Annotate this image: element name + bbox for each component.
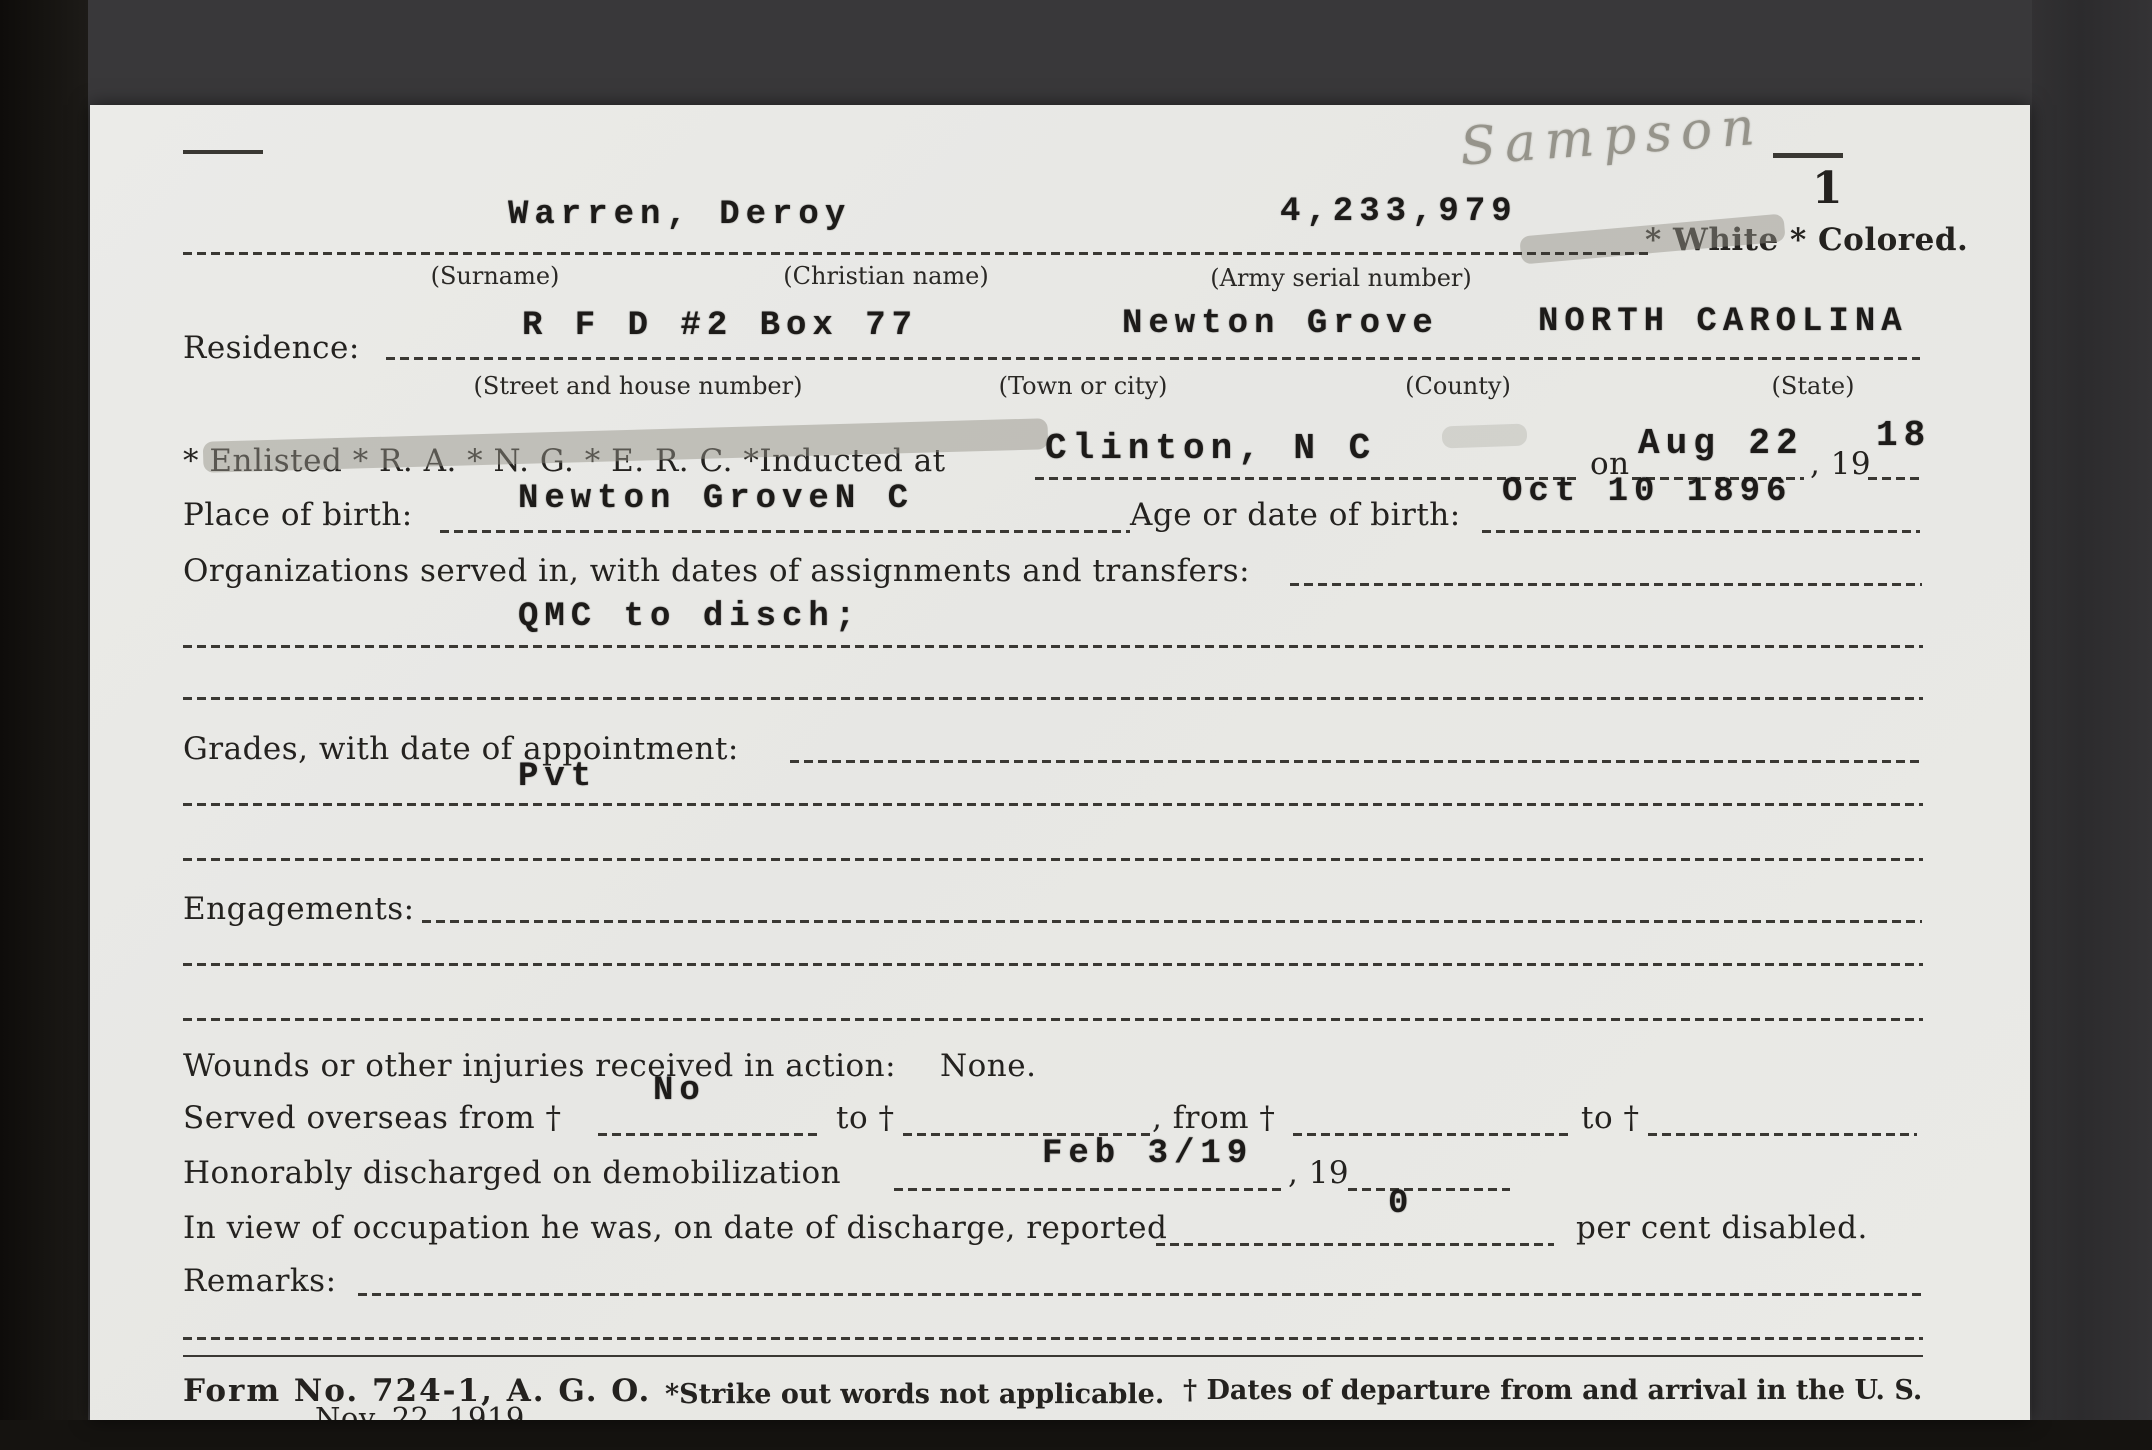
state-label: (State): [1772, 372, 1855, 400]
solid-rule-footer: [183, 1355, 1923, 1357]
engagements-label: Engagements:: [183, 891, 415, 927]
residence-label: Residence:: [183, 330, 360, 366]
dashed-rule-engagements: [422, 920, 1922, 923]
top-left-tick-mark: [183, 150, 263, 154]
disability-suffix: per cent disabled.: [1576, 1210, 1868, 1246]
organizations-value: QMC to disch;: [518, 598, 861, 636]
street-label: (Street and house number): [474, 372, 803, 400]
induction-date-value: Aug 22: [1638, 423, 1804, 464]
dashed-rule-full-6: [183, 1018, 1923, 1021]
wounds-value: None.: [940, 1048, 1036, 1084]
name-value: Warren, Deroy: [508, 196, 851, 234]
discharge-date-value: Feb 3/19: [1042, 1135, 1253, 1173]
dashed-rule-grades: [790, 760, 1922, 763]
serial-number-label: (Army serial number): [1210, 264, 1471, 292]
dashed-rule-full-5: [183, 963, 1923, 966]
dashed-rule-birth-place: [440, 530, 1130, 533]
disability-label: In view of occupation he was, on date of…: [183, 1210, 1167, 1246]
dashed-rule-residence: [386, 357, 1920, 360]
residence-town-value: Newton Grove: [1122, 305, 1439, 343]
dashed-rule-overseas-1: [598, 1133, 821, 1136]
page-number: 1: [1812, 163, 1843, 214]
dashed-rule-overseas-4: [1648, 1133, 1917, 1136]
grades-label: Grades, with date of appointment:: [183, 731, 739, 767]
scanner-background-right: [2032, 0, 2152, 1450]
overseas-from2-label: , from †: [1152, 1100, 1275, 1136]
dashed-rule-full-4: [183, 858, 1923, 861]
overseas-from-value: No: [653, 1072, 706, 1110]
birth-place-value: Newton GroveN C: [518, 480, 914, 518]
dashed-rule-induction-year: [1868, 477, 1924, 480]
birth-date-value: Oct 10 1896: [1502, 473, 1792, 511]
discharge-label: Honorably discharged on demobilization: [183, 1155, 841, 1191]
disability-value: 0: [1388, 1185, 1414, 1223]
organizations-label: Organizations served in, with dates of a…: [183, 553, 1250, 589]
induction-place-value: Clinton, N C: [1045, 428, 1376, 469]
serial-number-value: 4,233,979: [1280, 193, 1518, 231]
grades-value: Pvt: [518, 758, 597, 796]
birth-age-label: Age or date of birth:: [1130, 497, 1461, 533]
dashed-rule-remarks: [358, 1293, 1922, 1296]
pencil-dash-mark: [1773, 153, 1843, 158]
dashed-rule-full-1: [183, 645, 1923, 648]
dashed-rule-full-2: [183, 697, 1923, 700]
town-label: (Town or city): [999, 372, 1168, 400]
scanner-background-bottom: [0, 1420, 2152, 1450]
county-handwritten-note: Sampson: [1458, 105, 1765, 178]
dashed-rule-overseas-3: [1293, 1133, 1570, 1136]
pencil-smudge-place: [1442, 424, 1528, 449]
form-date: Nov. 22, 1919: [315, 1401, 525, 1420]
dashed-rule-full-3: [183, 803, 1923, 806]
service-record-card: Sampson 1 Warren, Deroy 4,233,979 * Whit…: [90, 105, 2030, 1420]
strike-out-note: *Strike out words not applicable.: [665, 1379, 1164, 1410]
dagger-note: † Dates of departure from and arrival in…: [1183, 1375, 1922, 1406]
dashed-rule-discharge-year: [1348, 1188, 1510, 1191]
overseas-to-label: to †: [836, 1100, 894, 1136]
dashed-rule-induction-place: [1035, 477, 1580, 480]
remarks-label: Remarks:: [183, 1263, 337, 1299]
residence-street-value: R F D #2 Box 77: [522, 307, 918, 345]
county-label: (County): [1405, 372, 1511, 400]
overseas-from-label: Served overseas from †: [183, 1100, 562, 1136]
induction-year-value: 18: [1876, 415, 1931, 456]
dashed-rule-birth-date: [1482, 530, 1920, 533]
dashed-rule-discharge: [894, 1188, 1284, 1191]
dashed-rule-name: [183, 252, 1651, 255]
surname-label: (Surname): [431, 262, 560, 290]
dashed-rule-disability: [1156, 1243, 1554, 1246]
dashed-rule-footer: [183, 1337, 1923, 1340]
birth-place-label: Place of birth:: [183, 497, 413, 533]
induction-year-prefix: , 19: [1810, 446, 1871, 482]
christian-name-label: (Christian name): [783, 262, 988, 290]
overseas-to2-label: to †: [1581, 1100, 1639, 1136]
wounds-label: Wounds or other injuries received in act…: [183, 1048, 896, 1084]
residence-state-value: NORTH CAROLINA: [1538, 303, 1908, 341]
scanner-background-left: [0, 0, 88, 1450]
discharge-year-prefix: , 19: [1288, 1155, 1349, 1191]
dashed-rule-organizations: [1290, 583, 1922, 586]
